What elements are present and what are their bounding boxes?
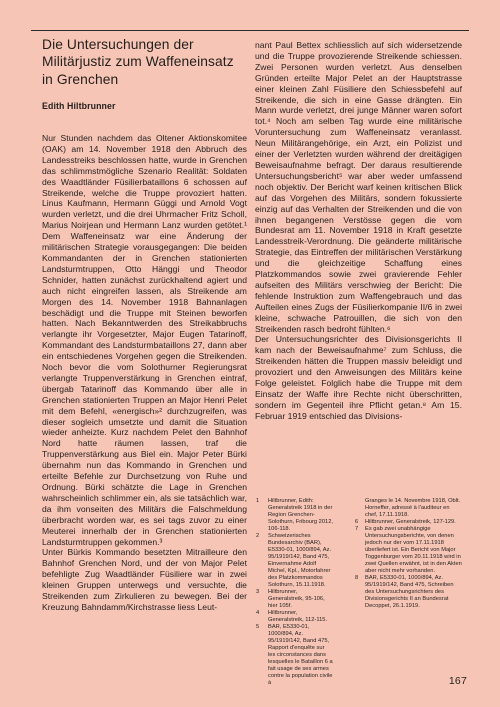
footnote-text: Hiltbrunner, Generalstreik, 112-115.	[268, 610, 333, 624]
footnote-text: BAR, E5330-01, 1000/894, Az. 95/1919/142…	[268, 624, 333, 687]
footnote-item: 3 Hiltbrunner, Generalstreik, 95-106, hi…	[256, 589, 333, 610]
footnotes-column-1: 1 Hiltbrunner, Edith: Generalstreik 1918…	[256, 498, 333, 687]
footnote-number: 3	[256, 589, 268, 610]
footnote-text: BAR, E5330-01, 1000/894, Az. 95/1919/142…	[365, 575, 463, 610]
body-paragraph: nant Paul Bettex schliesslich auf sich w…	[255, 40, 462, 334]
text-column-left: Nur Stunden nachdem das Oltener Aktionsk…	[42, 133, 247, 613]
text-column-right: nant Paul Bettex schliesslich auf sich w…	[255, 40, 462, 422]
footnote-number: 8	[355, 575, 365, 610]
footnote-text: Schweizerisches Bundesarchiv (BAR), E533…	[268, 533, 333, 589]
footnote-number: 2	[256, 533, 268, 589]
footnote-number	[355, 498, 365, 519]
footnote-item: 2 Schweizerisches Bundesarchiv (BAR), E5…	[256, 533, 333, 589]
footnote-item: 8 BAR, E5330-01, 1000/894, Az. 95/1919/1…	[355, 575, 463, 610]
footnote-item: 4 Hiltbrunner, Generalstreik, 112-115.	[256, 610, 333, 624]
body-paragraph: Der Untersuchungsrichter des Divisionsge…	[255, 334, 462, 421]
footnote-text: Es gab zwei unabhängige Untersuchungsber…	[365, 526, 463, 575]
footnote-text: Granges le 14. Novembre 1918, Oblt. Horn…	[365, 498, 463, 519]
footnote-item: 6 Hiltbrunner, Generalstreik, 127-129.	[355, 519, 463, 526]
footnote-number: 5	[256, 624, 268, 687]
book-page: Die Untersuchungen der Militärjustiz zum…	[0, 0, 500, 707]
author-name: Edith Hiltbrunner	[42, 101, 116, 111]
footnote-text: Hiltbrunner, Edith: Generalstreik 1918 i…	[268, 498, 333, 533]
body-paragraph: Unter Bürkis Kommando besetzten Mitraill…	[42, 547, 247, 612]
footnote-number: 1	[256, 498, 268, 533]
footnote-text: Hiltbrunner, Generalstreik, 127-129.	[365, 519, 463, 526]
footnote-item: Granges le 14. Novembre 1918, Oblt. Horn…	[355, 498, 463, 519]
footnote-item: 5 BAR, E5330-01, 1000/894, Az. 95/1919/1…	[256, 624, 333, 687]
footnote-item: 7 Es gab zwei unabhängige Untersuchungsb…	[355, 526, 463, 575]
footnotes-column-2: Granges le 14. Novembre 1918, Oblt. Horn…	[355, 498, 463, 610]
footnote-text: Hiltbrunner, Generalstreik, 95-106, hier…	[268, 589, 333, 610]
page-title: Die Untersuchungen der Militärjustiz zum…	[42, 36, 257, 88]
footnote-number: 7	[355, 526, 365, 575]
footnote-number: 4	[256, 610, 268, 624]
footnote-number: 6	[355, 519, 365, 526]
footnote-item: 1 Hiltbrunner, Edith: Generalstreik 1918…	[256, 498, 333, 533]
page-number: 167	[449, 675, 467, 687]
body-paragraph: Nur Stunden nachdem das Oltener Aktionsk…	[42, 133, 247, 547]
top-rule	[31, 30, 469, 31]
